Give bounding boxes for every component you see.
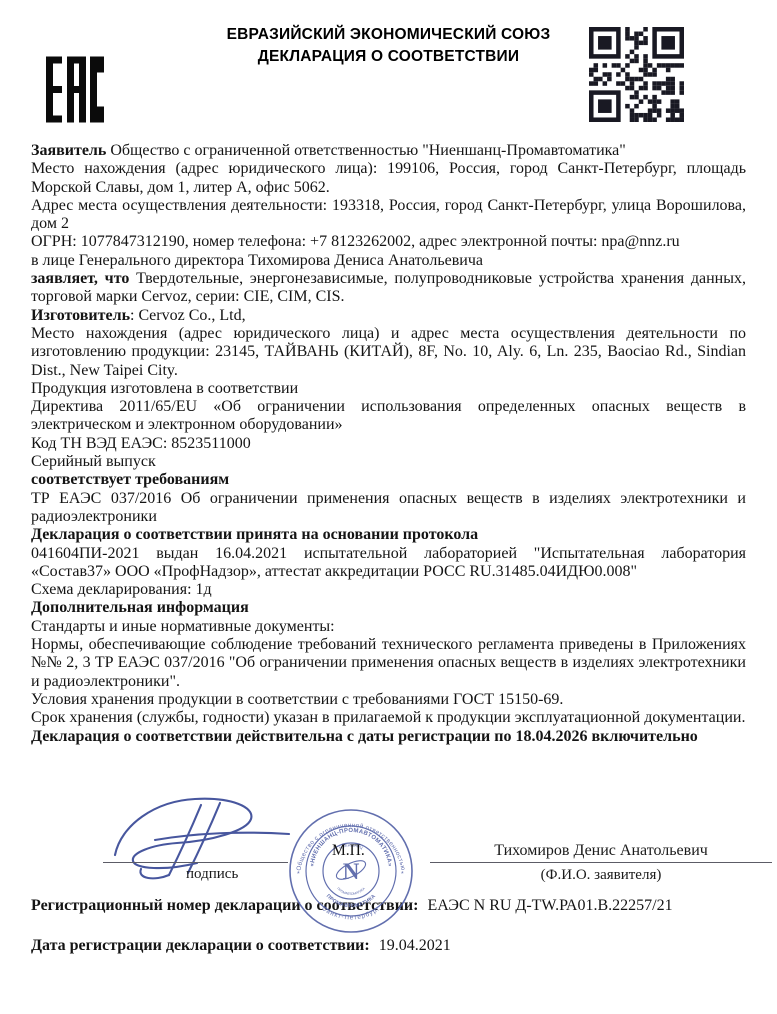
signature-line <box>103 862 288 863</box>
paragraph-additional-info-heading: Дополнительная информация <box>31 599 746 617</box>
paragraph-tr-eaes: ТР ЕАЭС 037/2016 Об ограничении применен… <box>31 490 746 527</box>
paragraph-directive: Директива 2011/65/EU «Об ограничении исп… <box>31 398 746 435</box>
stamp-star-left: * <box>297 871 300 878</box>
paragraph-applicant: Заявитель Общество с ограниченной ответс… <box>31 142 746 160</box>
declarant-caption: (Ф.И.О. заявителя) <box>430 867 772 884</box>
registration-date-label: Дата регистрации декларации о соответств… <box>31 937 370 954</box>
qr-code-icon <box>589 27 684 122</box>
signature-caption: подпись <box>186 866 238 883</box>
paragraph-activity-address: Адрес места осуществления деятельности: … <box>31 197 746 234</box>
paragraph-protocol-details: 041604ПИ-2021 выдан 16.04.2021 испытател… <box>31 545 746 582</box>
registration-date-value: 19.04.2021 <box>379 937 451 954</box>
paragraph-ogrn-contacts: ОГРН: 1077847312190, номер телефона: +7 … <box>31 233 746 251</box>
registration-date-row: Дата регистрации декларации о соответств… <box>31 937 451 955</box>
paragraph-conforms-heading: соответствует требованиям <box>31 471 746 489</box>
paragraph-production-note: Продукция изготовлена в соответствии <box>31 380 746 398</box>
paragraph-scheme: Схема декларирования: 1д <box>31 581 746 599</box>
stamp-monogram: N <box>343 859 360 884</box>
declaration-body: Заявитель Общество с ограниченной ответс… <box>31 142 746 746</box>
paragraph-validity: Декларация о соответствии действительна … <box>31 728 746 746</box>
declarant-name-line <box>430 862 772 863</box>
paragraph-declares-product: заявляет, что Твердотельные, энергонезав… <box>31 270 746 307</box>
paragraph-serial-issue: Серийный выпуск <box>31 453 746 471</box>
declaration-of-conformity-document: ЕВРАЗИЙСКИЙ ЭКОНОМИЧЕСКИЙ СОЮЗ ДЕКЛАРАЦИ… <box>0 0 777 1014</box>
registration-number-value: ЕАЭС N RU Д-TW.РА01.В.22257/21 <box>427 897 672 914</box>
svg-text:ПРОМАВТОМАТИКА: ПРОМАВТОМАТИКА <box>336 886 366 896</box>
paragraph-storage-conditions: Условия хранения продукции в соответстви… <box>31 691 746 709</box>
paragraph-standards: Стандарты и иные нормативные документы: <box>31 618 746 636</box>
paragraph-norms: Нормы, обеспечивающие соблюдение требова… <box>31 636 746 691</box>
stamp-star-right: * <box>401 871 404 878</box>
paragraph-shelf-life: Срок хранения (службы, годности) указан … <box>31 709 746 727</box>
paragraph-manufacturer: Изготовитель: Cervoz Co., Ltd, <box>31 307 746 325</box>
paragraph-tnved-code: Код ТН ВЭД ЕАЭС: 8523511000 <box>31 435 746 453</box>
paragraph-protocol-heading: Декларация о соответствии принята на осн… <box>31 526 746 544</box>
paragraph-manufacturer-address: Место нахождения (адрес юридического лиц… <box>31 325 746 380</box>
stamp-inner-bottom-text: ПРОМАВТОМАТИКА <box>336 886 366 896</box>
paragraph-director: в лице Генерального директора Тихомирова… <box>31 252 746 270</box>
declarant-name: Тихомиров Денис Анатольевич <box>430 842 772 860</box>
paragraph-applicant-address: Место нахождения (адрес юридического лиц… <box>31 160 746 197</box>
company-round-stamp: Общество с ограниченной ответственностью… <box>286 806 416 936</box>
stamp-place-label: М.П. <box>332 842 365 860</box>
